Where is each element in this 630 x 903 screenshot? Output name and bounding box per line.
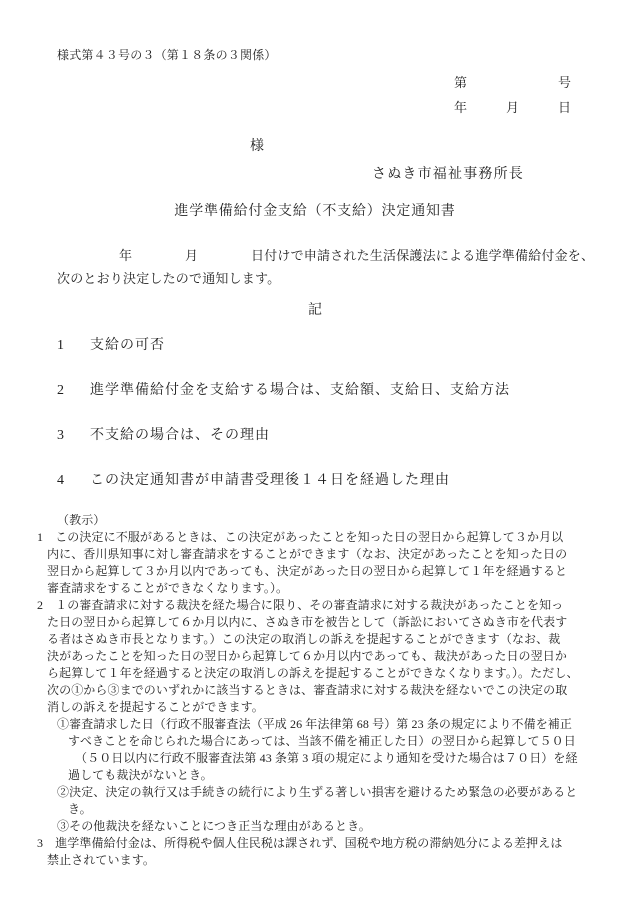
item-text: この決定通知書が申請書受理後１４日を経過した理由 <box>90 473 450 488</box>
notes-line: 翌日から起算して３か月以内であっても、決定があった日の翌日から起算して１年を経過… <box>47 563 579 580</box>
notes-line: ①審査請求した日（行政不服審査法（平成 26 年法律第 68 号）第 23 条の… <box>57 716 579 733</box>
ki-marker: 記 <box>0 299 630 319</box>
document-page: 様式第４３号の３（第１８条の３関係） 第 号 年 月 日 様 さぬき市福祉事務所… <box>0 0 630 903</box>
notes-section: （教示） 1 この決定に不服があるときは、この決定があったことを知った日の翌日か… <box>37 512 579 869</box>
notes-line: 消しの訴えを提起することができます。 <box>47 699 579 716</box>
sender-name: さぬき市福祉事務所長 <box>372 163 524 183</box>
document-title: 進学準備給付金支給（不支給）決定通知書 <box>0 200 630 220</box>
item-number: 4 <box>57 471 90 491</box>
body-line: 次のとおり決定したので通知します。 <box>57 267 594 290</box>
notes-line: 禁止されています。 <box>47 852 579 869</box>
notes-line: すべきことを命じられた場合にあっては、当該不備を補正した日）の翌日から起算して５… <box>68 733 579 750</box>
list-item: 4この決定通知書が申請書受理後１４日を経過した理由 <box>57 471 510 491</box>
notes-line: 次の①から③までのいずれかに該当するときは、審査請求に対する裁決を経ないでこの決… <box>47 682 579 699</box>
notes-line: た日の翌日から起算して６か月以内に、さぬき市を被告として（訴訟においてさぬき市を… <box>47 614 579 631</box>
notes-line: 3 進学準備給付金は、所得税や個人住民税は課されず、国税や地方税の滞納処分による… <box>37 835 579 852</box>
notes-line: ら起算して１年を経過すると決定の取消しの訴えを提起することができなくなります。）… <box>47 665 579 682</box>
addressee-label: 様 <box>250 135 264 155</box>
item-text: 進学準備給付金を支給する場合は、支給額、支給日、支給方法 <box>90 383 510 398</box>
notes-line: 2 １の審査請求に対する裁決を経た場合に限り、その審査請求に対する裁決があったこ… <box>37 597 579 614</box>
item-list: 1支給の可否 2進学準備給付金を支給する場合は、支給額、支給日、支給方法 3不支… <box>57 336 510 516</box>
notes-line: 過しても裁決がないとき。 <box>68 767 579 784</box>
document-number-block: 第 号 年 月 日 <box>454 70 571 120</box>
date-line: 年 月 日 <box>454 95 571 120</box>
body-line: 年 月 日付けで申請された生活保護法による進学準備給付金を、 <box>57 244 594 267</box>
notes-heading: （教示） <box>57 512 579 529</box>
notes-line: 内に、香川県知事に対し審査請求をすることができます（なお、決定があったことを知っ… <box>47 546 579 563</box>
item-text: 不支給の場合は、その理由 <box>90 428 270 443</box>
form-number: 様式第４３号の３（第１８条の３関係） <box>57 46 277 63</box>
notes-line: （５０日以内に行政不服審査法第 43 条第 3 項の規定により通知を受けた場合は… <box>75 750 579 767</box>
document-number-line: 第 号 <box>454 70 571 95</box>
notes-line: 1 この決定に不服があるときは、この決定があったことを知った日の翌日から起算して… <box>37 529 579 546</box>
item-number: 3 <box>57 426 90 446</box>
notes-line: ③その他裁決を経ないことにつき正当な理由があるとき。 <box>57 818 579 835</box>
list-item: 1支給の可否 <box>57 336 510 356</box>
list-item: 2進学準備給付金を支給する場合は、支給額、支給日、支給方法 <box>57 381 510 401</box>
body-paragraph: 年 月 日付けで申請された生活保護法による進学準備給付金を、 次のとおり決定した… <box>57 244 594 290</box>
notes-line: る者はさぬき市長となります。）この決定の取消しの訴えを提起することができます（な… <box>47 631 579 648</box>
item-text: 支給の可否 <box>90 338 165 353</box>
notes-line: 決があったことを知った日の翌日から起算して６か月以内であっても、裁決があった日の… <box>47 648 579 665</box>
notes-line: き。 <box>68 801 579 818</box>
item-number: 2 <box>57 381 90 401</box>
item-number: 1 <box>57 336 90 356</box>
list-item: 3不支給の場合は、その理由 <box>57 426 510 446</box>
notes-line: 審査請求をすることができなくなります。）。 <box>47 580 579 597</box>
notes-line: ②決定、決定の執行又は手続きの続行により生ずる著しい損害を避けるため緊急の必要が… <box>57 784 579 801</box>
